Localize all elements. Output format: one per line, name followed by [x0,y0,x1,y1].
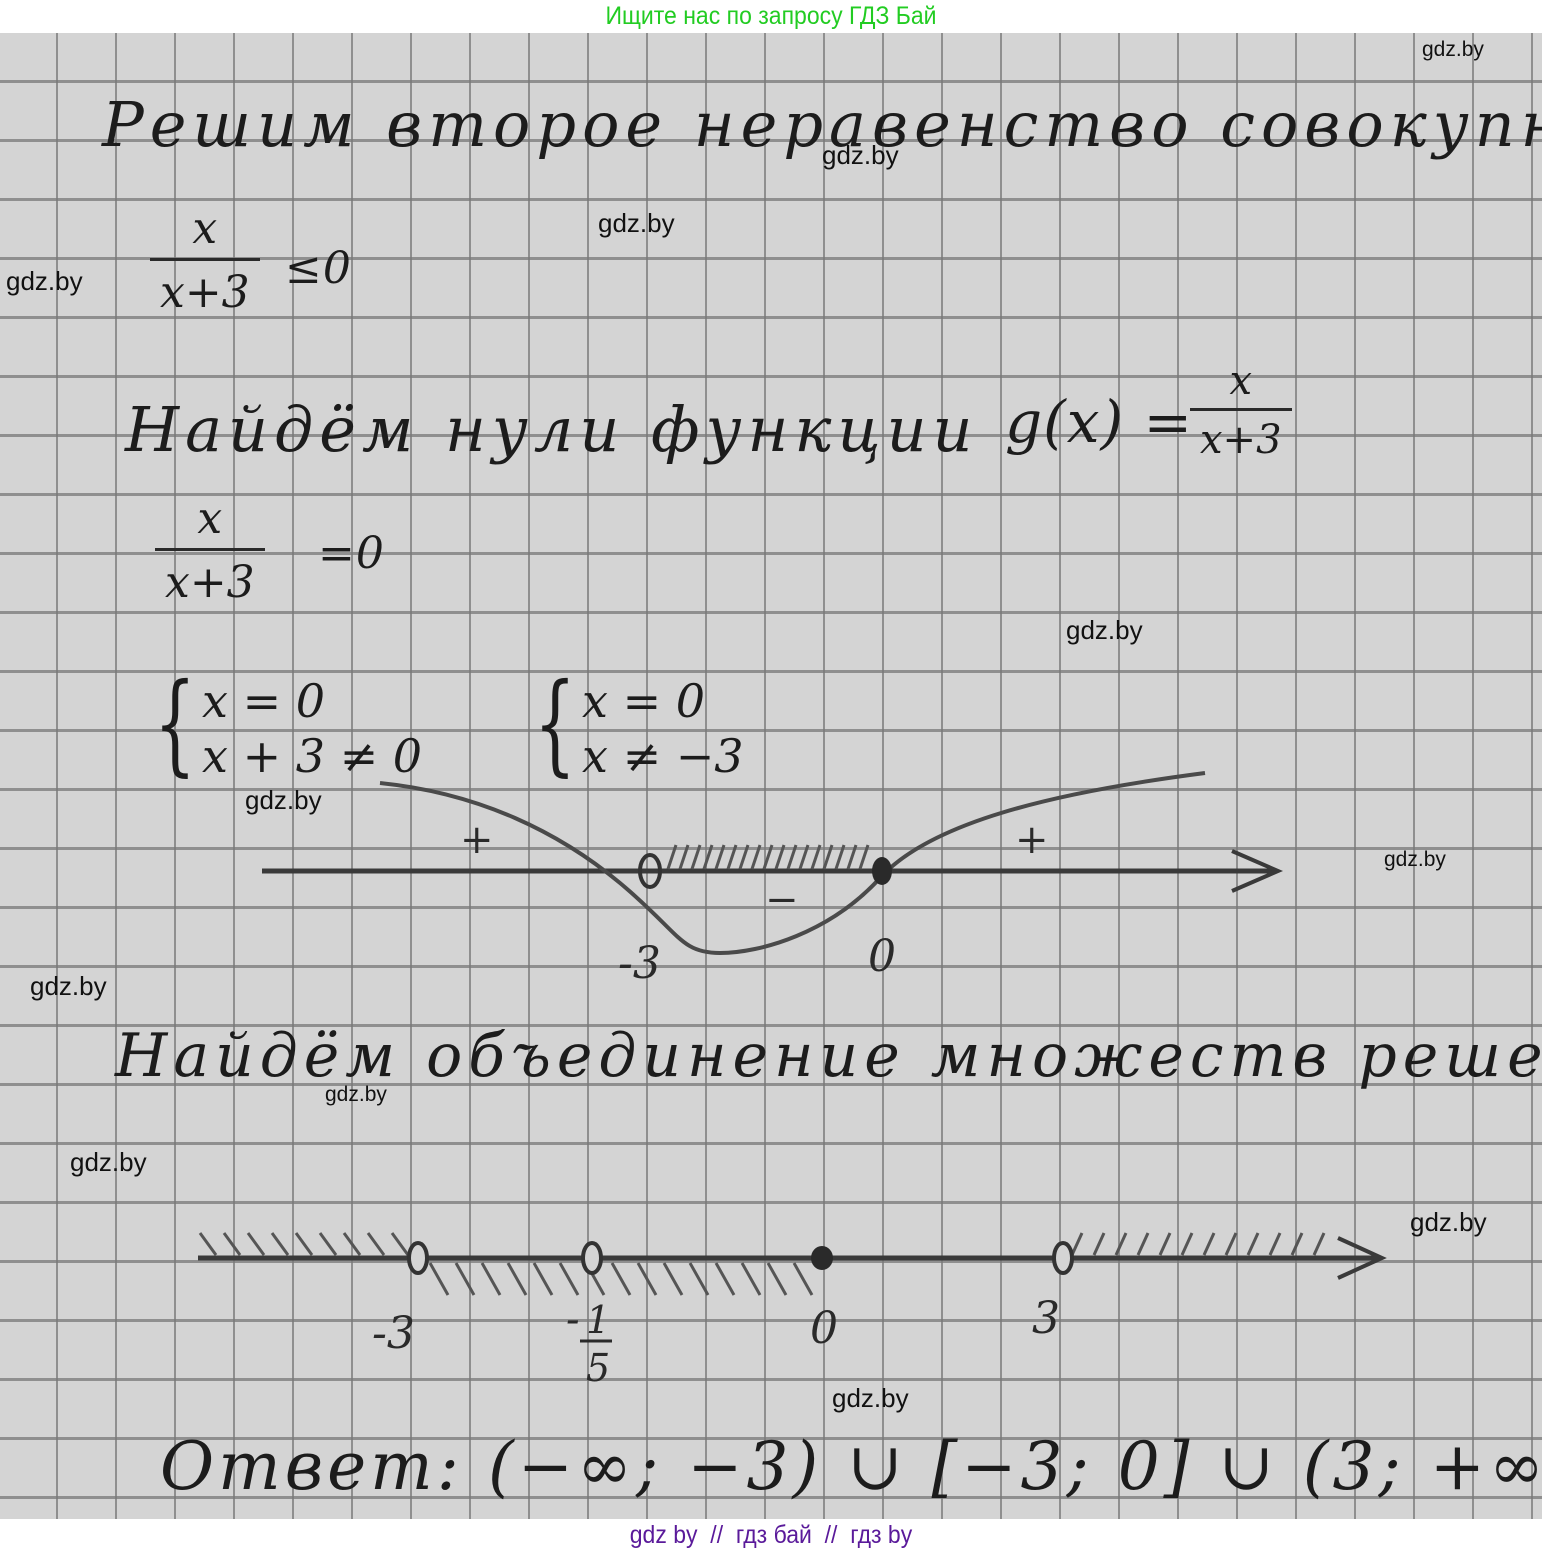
heading-find-union: Найдём объединение множеств решений [115,1021,1542,1091]
top-banner[interactable]: Ищите нас по запросу ГДЗ Бай [62,0,1481,33]
open-point-minus-1-5 [583,1243,601,1273]
answer: Ответ: (−∞; −3) ∪ [−3; 0] ∪ (3; +∞) [160,1428,1542,1505]
filled-point-0 [872,857,892,885]
watermark: gdz.by [1066,615,1143,646]
point-label-minus-3: -3 [618,938,661,989]
bottom-banner-text[interactable]: gdz by // гдз бай // гдз by [630,1521,912,1550]
union-label-fraction-den: 5 [586,1346,610,1390]
top-banner-text[interactable]: Ищите нас по запросу ГДЗ Бай [605,2,936,31]
watermark: gdz.by [1384,848,1446,872]
open-point-3 [1054,1243,1072,1273]
watermark: gdz.by [245,785,322,816]
notebook-page: Решим второе неравенство совокупности x … [0,33,1542,1519]
union-label-0: 0 [810,1303,838,1354]
watermark: gdz.by [1422,38,1484,62]
bottom-banner[interactable]: gdz by // гдз бай // гдз by [62,1519,1481,1552]
watermark: gdz.by [30,971,107,1002]
sign-chart: + − + -3 0 -3 - 1 5 0 3 [0,33,1542,1519]
filled-point-0 [811,1246,833,1270]
watermark: gdz.by [325,1083,387,1107]
watermark: gdz.by [1410,1207,1487,1238]
sign-plus-right: + [1015,817,1049,863]
watermark: gdz.by [6,266,83,297]
watermark: gdz.by [70,1147,147,1178]
sign-plus-left: + [460,817,494,863]
union-label-minus-sign: - [566,1297,580,1343]
open-point-minus-3 [409,1243,427,1273]
union-label-minus-3: -3 [372,1308,415,1359]
union-label-fraction-num: 1 [586,1298,610,1342]
watermark: gdz.by [822,140,899,171]
watermark: gdz.by [832,1383,909,1414]
union-label-3: 3 [1032,1293,1060,1344]
point-label-0: 0 [868,931,896,982]
sign-minus: − [765,877,799,923]
sign-curve [380,773,1205,953]
watermark: gdz.by [598,208,675,239]
